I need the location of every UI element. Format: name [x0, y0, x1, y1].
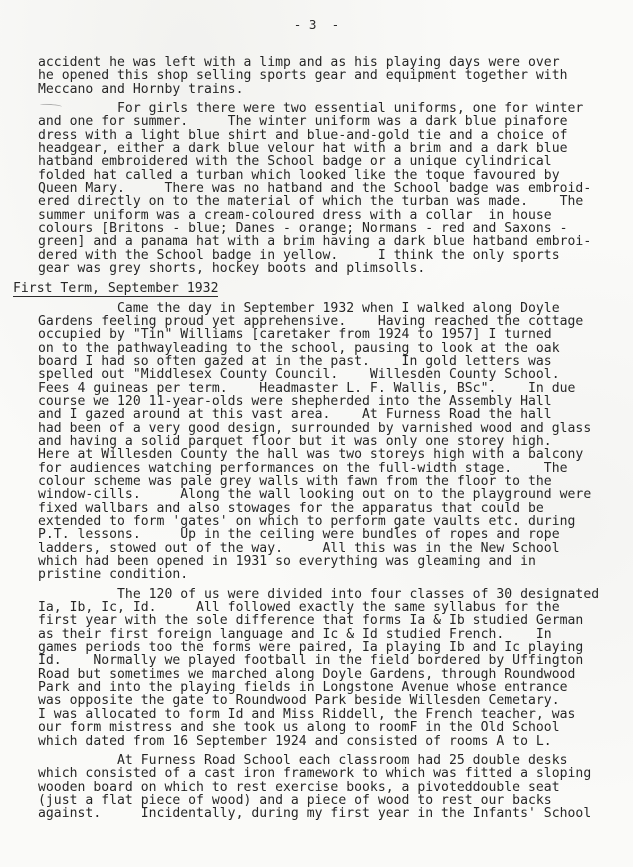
- text-line: Id. Normally we played football in the f…: [38, 654, 599, 667]
- text-line: Meccano and Hornby trains.: [38, 83, 599, 96]
- text-line: on to the pathwayleading to the school, …: [38, 342, 599, 355]
- text-line: dress with a light blue shirt and blue-a…: [38, 129, 599, 142]
- paragraph-first-day: Came the day in September 1932 when I wa…: [38, 302, 599, 582]
- text-line: which dated from 16 September 1924 and c…: [38, 735, 599, 748]
- text-line: Queen Mary. There was no hatband and the…: [38, 182, 599, 195]
- text-line: ladders, stowed out of the way. All this…: [38, 542, 599, 555]
- document-body: accident he was left with a limp and as …: [38, 56, 599, 821]
- paragraph-shop: accident he was left with a limp and as …: [38, 56, 599, 96]
- text-line: which consisted of a cast iron framework…: [38, 767, 599, 780]
- text-line: our form mistress and she took us along …: [38, 721, 599, 734]
- text-line: folded hat called a turban which looked …: [38, 169, 599, 182]
- section-heading-block: First Term, September 1932: [13, 282, 599, 298]
- text-line: was opposite the gate to Roundwood Park …: [38, 694, 599, 707]
- text-line: colour scheme was pale grey walls with f…: [38, 475, 599, 488]
- paragraphs-before-heading: accident he was left with a limp and as …: [38, 56, 599, 276]
- paragraph-desks: At Furness Road School each classroom ha…: [38, 754, 599, 821]
- text-line: For girls there were two essential unifo…: [38, 102, 599, 115]
- text-line: and I gazed around at this vast area. At…: [38, 408, 599, 421]
- text-line: At Furness Road School each classroom ha…: [38, 754, 599, 767]
- paragraph-classes: The 120 of us were divided into four cla…: [38, 588, 599, 748]
- text-line: he opened this shop selling sports gear …: [38, 69, 599, 82]
- text-line: Came the day in September 1932 when I wa…: [38, 302, 599, 315]
- text-line: wooden board on which to rest exercise b…: [38, 781, 599, 794]
- text-line: ered directly on to the material of whic…: [38, 195, 599, 208]
- text-line: dered with the School badge in yellow. I…: [38, 249, 599, 262]
- text-line: course we 120 11-year-olds were shepherd…: [38, 395, 599, 408]
- text-line: first year with the sole difference that…: [38, 614, 599, 627]
- text-line: accident he was left with a limp and as …: [38, 56, 599, 69]
- text-line: had been of a very good design, surround…: [38, 422, 599, 435]
- text-line: headgear, either a dark blue velour hat …: [38, 142, 599, 155]
- text-line: against. Incidentally, during my first y…: [38, 807, 599, 820]
- paragraphs-after-heading: Came the day in September 1932 when I wa…: [38, 302, 599, 821]
- text-line: window-cills. Along the wall looking out…: [38, 488, 599, 501]
- text-line: games periods too the forms were paired,…: [38, 641, 599, 654]
- paragraph-girls-uniforms: For girls there were two essential unifo…: [38, 102, 599, 275]
- text-line: gear was grey shorts, hockey boots and p…: [38, 262, 599, 275]
- text-line: Ia, Ib, Ic, Id. All followed exactly the…: [38, 601, 599, 614]
- text-line: fixed wallbars and also stowages for the…: [38, 502, 599, 515]
- text-line: Road but sometimes we marched along Doyl…: [38, 668, 599, 681]
- text-line: Here at Willesden County the hall was tw…: [38, 448, 599, 461]
- text-line: (just a flat piece of wood) and a piece …: [38, 794, 599, 807]
- page-number: - 3 -: [0, 17, 633, 32]
- text-line: which had been opened in 1931 so everyth…: [38, 555, 599, 568]
- text-line: pristine condition.: [38, 568, 599, 581]
- text-line: and one for summer. The winter uniform w…: [38, 115, 599, 128]
- text-line: board I had so often gazed at in the pas…: [38, 355, 599, 368]
- text-line: extended to form 'gates' on which to per…: [38, 515, 599, 528]
- text-line: Fees 4 guineas per term. Headmaster L. F…: [38, 382, 599, 395]
- text-line: occupied by "Tin" Williams [caretaker fr…: [38, 328, 599, 341]
- text-line: green] and a panama hat with a brim havi…: [38, 235, 599, 248]
- text-line: as their first foreign language and Ic &…: [38, 628, 599, 641]
- text-line: hatband embroidered with the School badg…: [38, 155, 599, 168]
- text-line: spelled out "Middlesex County Council. W…: [38, 368, 599, 381]
- document-page: - 3 - accident he was left with a limp a…: [0, 0, 633, 867]
- text-line: for audiences watching performances on t…: [38, 462, 599, 475]
- section-heading: First Term, September 1932: [13, 282, 218, 298]
- text-line: P.T. lessons. Up in the ceiling were bun…: [38, 528, 599, 541]
- text-line: colours [Britons - blue; Danes - orange;…: [38, 222, 599, 235]
- text-line: Park and into the playing fields in Long…: [38, 681, 599, 694]
- text-line: summer uniform was a cream-coloured dres…: [38, 209, 599, 222]
- text-line: and having a solid parquet floor but it …: [38, 435, 599, 448]
- text-line: Gardens feeling proud yet apprehensive. …: [38, 315, 599, 328]
- text-line: I was allocated to form Id and Miss Ridd…: [38, 708, 599, 721]
- text-line: The 120 of us were divided into four cla…: [38, 588, 599, 601]
